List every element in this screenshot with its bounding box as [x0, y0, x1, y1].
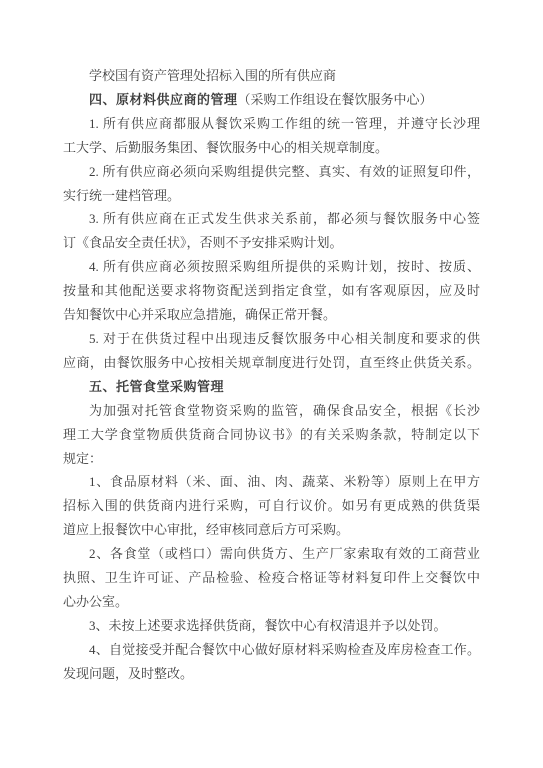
text-line: 道应上报餐饮中心审批，经审核同意后方可采购。	[63, 518, 480, 542]
text-line: 5. 对于在供货过程中出现违反餐饮服务中心相关制度和要求的供	[63, 327, 480, 351]
text-line: 按量和其他配送要求将物资配送到指定食堂，如有客观原因，应及时	[63, 279, 480, 303]
text-line: 4、自觉接受并配合餐饮中心做好原材料采购检查及库房检查工作。	[63, 638, 480, 662]
text-line: 订《食品安全责任状》，否则不予安排采购计划。	[63, 231, 480, 255]
text-line: 理工大学食堂物质供货商合同协议书》的有关采购条款，特制定以下	[63, 423, 480, 447]
text-line: 学校国有资产管理处招标入围的所有供应商	[63, 64, 480, 88]
text-line: 发现问题，及时整改。	[63, 662, 480, 686]
text-line: 3. 所有供应商在正式发生供求关系前，都必须与餐饮服务中心签	[63, 207, 480, 231]
text-line: 2. 所有供应商必须向采购组提供完整、真实、有效的证照复印件，	[63, 160, 480, 184]
text-line: 3、未按上述要求选择供货商，餐饮中心有权清退并予以处罚。	[63, 614, 480, 638]
text-line: 工大学、后勤服务集团、餐饮服务中心的相关规章制度。	[63, 136, 480, 160]
heading-bold-text: 四、原材料供应商的管理	[89, 92, 238, 107]
document-page: 学校国有资产管理处招标入围的所有供应商四、原材料供应商的管理（采购工作组设在餐饮…	[0, 0, 543, 768]
text-line: 规定：	[63, 447, 480, 471]
heading-line: 五、托管食堂采购管理	[63, 375, 480, 399]
text-line: 应商，由餐饮服务中心按相关规章制度进行处罚，直至终止供货关系。	[63, 351, 480, 375]
text-line: 1. 所有供应商都服从餐饮采购工作组的统一管理，并遵守长沙理	[63, 112, 480, 136]
text-line: 招标入围的供货商内进行采购，可自行议价。如另有更成熟的供货渠	[63, 494, 480, 518]
text-line: 执照、卫生许可证、产品检验、检疫合格证等材料复印件上交餐饮中	[63, 566, 480, 590]
document-text-body: 学校国有资产管理处招标入围的所有供应商四、原材料供应商的管理（采购工作组设在餐饮…	[63, 64, 480, 686]
text-line: 实行统一建档管理。	[63, 184, 480, 208]
text-line: 告知餐饮中心并采取应急措施，确保正常开餐。	[63, 303, 480, 327]
text-line: 4. 所有供应商必须按照采购组所提供的采购计划，按时、按质、	[63, 255, 480, 279]
text-line: 为加强对托管食堂物资采购的监管，确保食品安全，根据《长沙	[63, 399, 480, 423]
text-line: 2、各食堂（或档口）需向供货方、生产厂家索取有效的工商营业	[63, 542, 480, 566]
heading-bold-text: 五、托管食堂采购管理	[89, 379, 224, 394]
text-line: 1、食品原材料（米、面、油、肉、蔬菜、米粉等）原则上在甲方	[63, 470, 480, 494]
heading-line: 四、原材料供应商的管理（采购工作组设在餐饮服务中心）	[63, 88, 480, 112]
text-line: 心办公室。	[63, 590, 480, 614]
